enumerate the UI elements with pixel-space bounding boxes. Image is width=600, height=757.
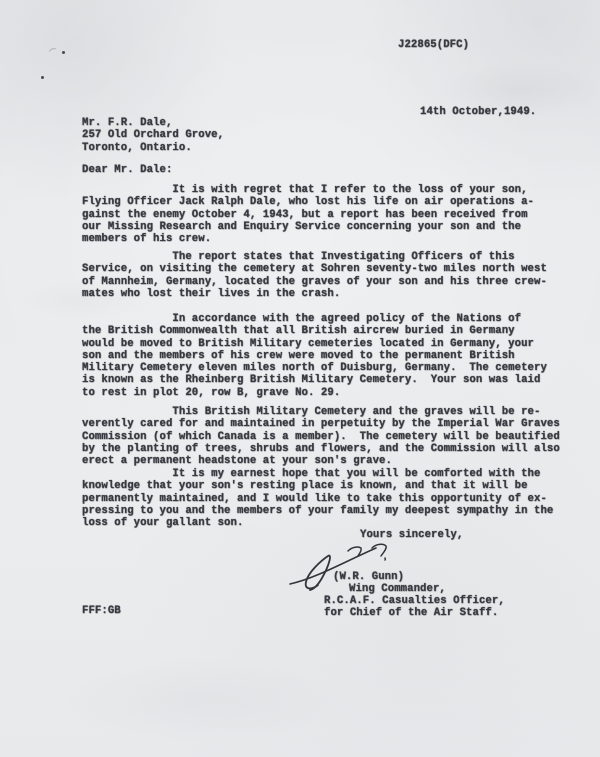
pencil-scribble: ⌢	[46, 41, 60, 59]
signatory-role: R.C.A.F. Casualties Officer,	[324, 595, 505, 607]
pencil-dot	[62, 51, 65, 54]
paragraph-1: It is with regret that I refer to the lo…	[82, 184, 534, 245]
signatory-authority: for Chief of the Air Staff.	[324, 607, 498, 619]
signatory-name: (W.R. Gunn)	[333, 571, 404, 583]
signatory-rank: Wing Commander,	[349, 583, 446, 595]
salutation: Dear Mr. Dale:	[82, 164, 172, 176]
file-reference: J22865(DFC)	[398, 39, 469, 51]
letter-page: ⌢ J22865(DFC) 14th October,1949. Mr. F.R…	[0, 0, 600, 757]
paragraph-5: It is my earnest hope that you will be c…	[82, 468, 553, 529]
paragraph-3: In accordance with the agreed policy of …	[82, 313, 547, 399]
recipient-address: Mr. F.R. Dale, 257 Old Orchard Grove, To…	[82, 117, 224, 154]
paragraph-2: The report states that Investigating Off…	[82, 251, 547, 300]
paragraph-4: This British Military Cemetery and the g…	[82, 406, 560, 467]
letter-date: 14th October,1949.	[420, 106, 536, 118]
pencil-dot	[41, 76, 44, 79]
typist-initials: FFF:GB	[82, 605, 121, 617]
